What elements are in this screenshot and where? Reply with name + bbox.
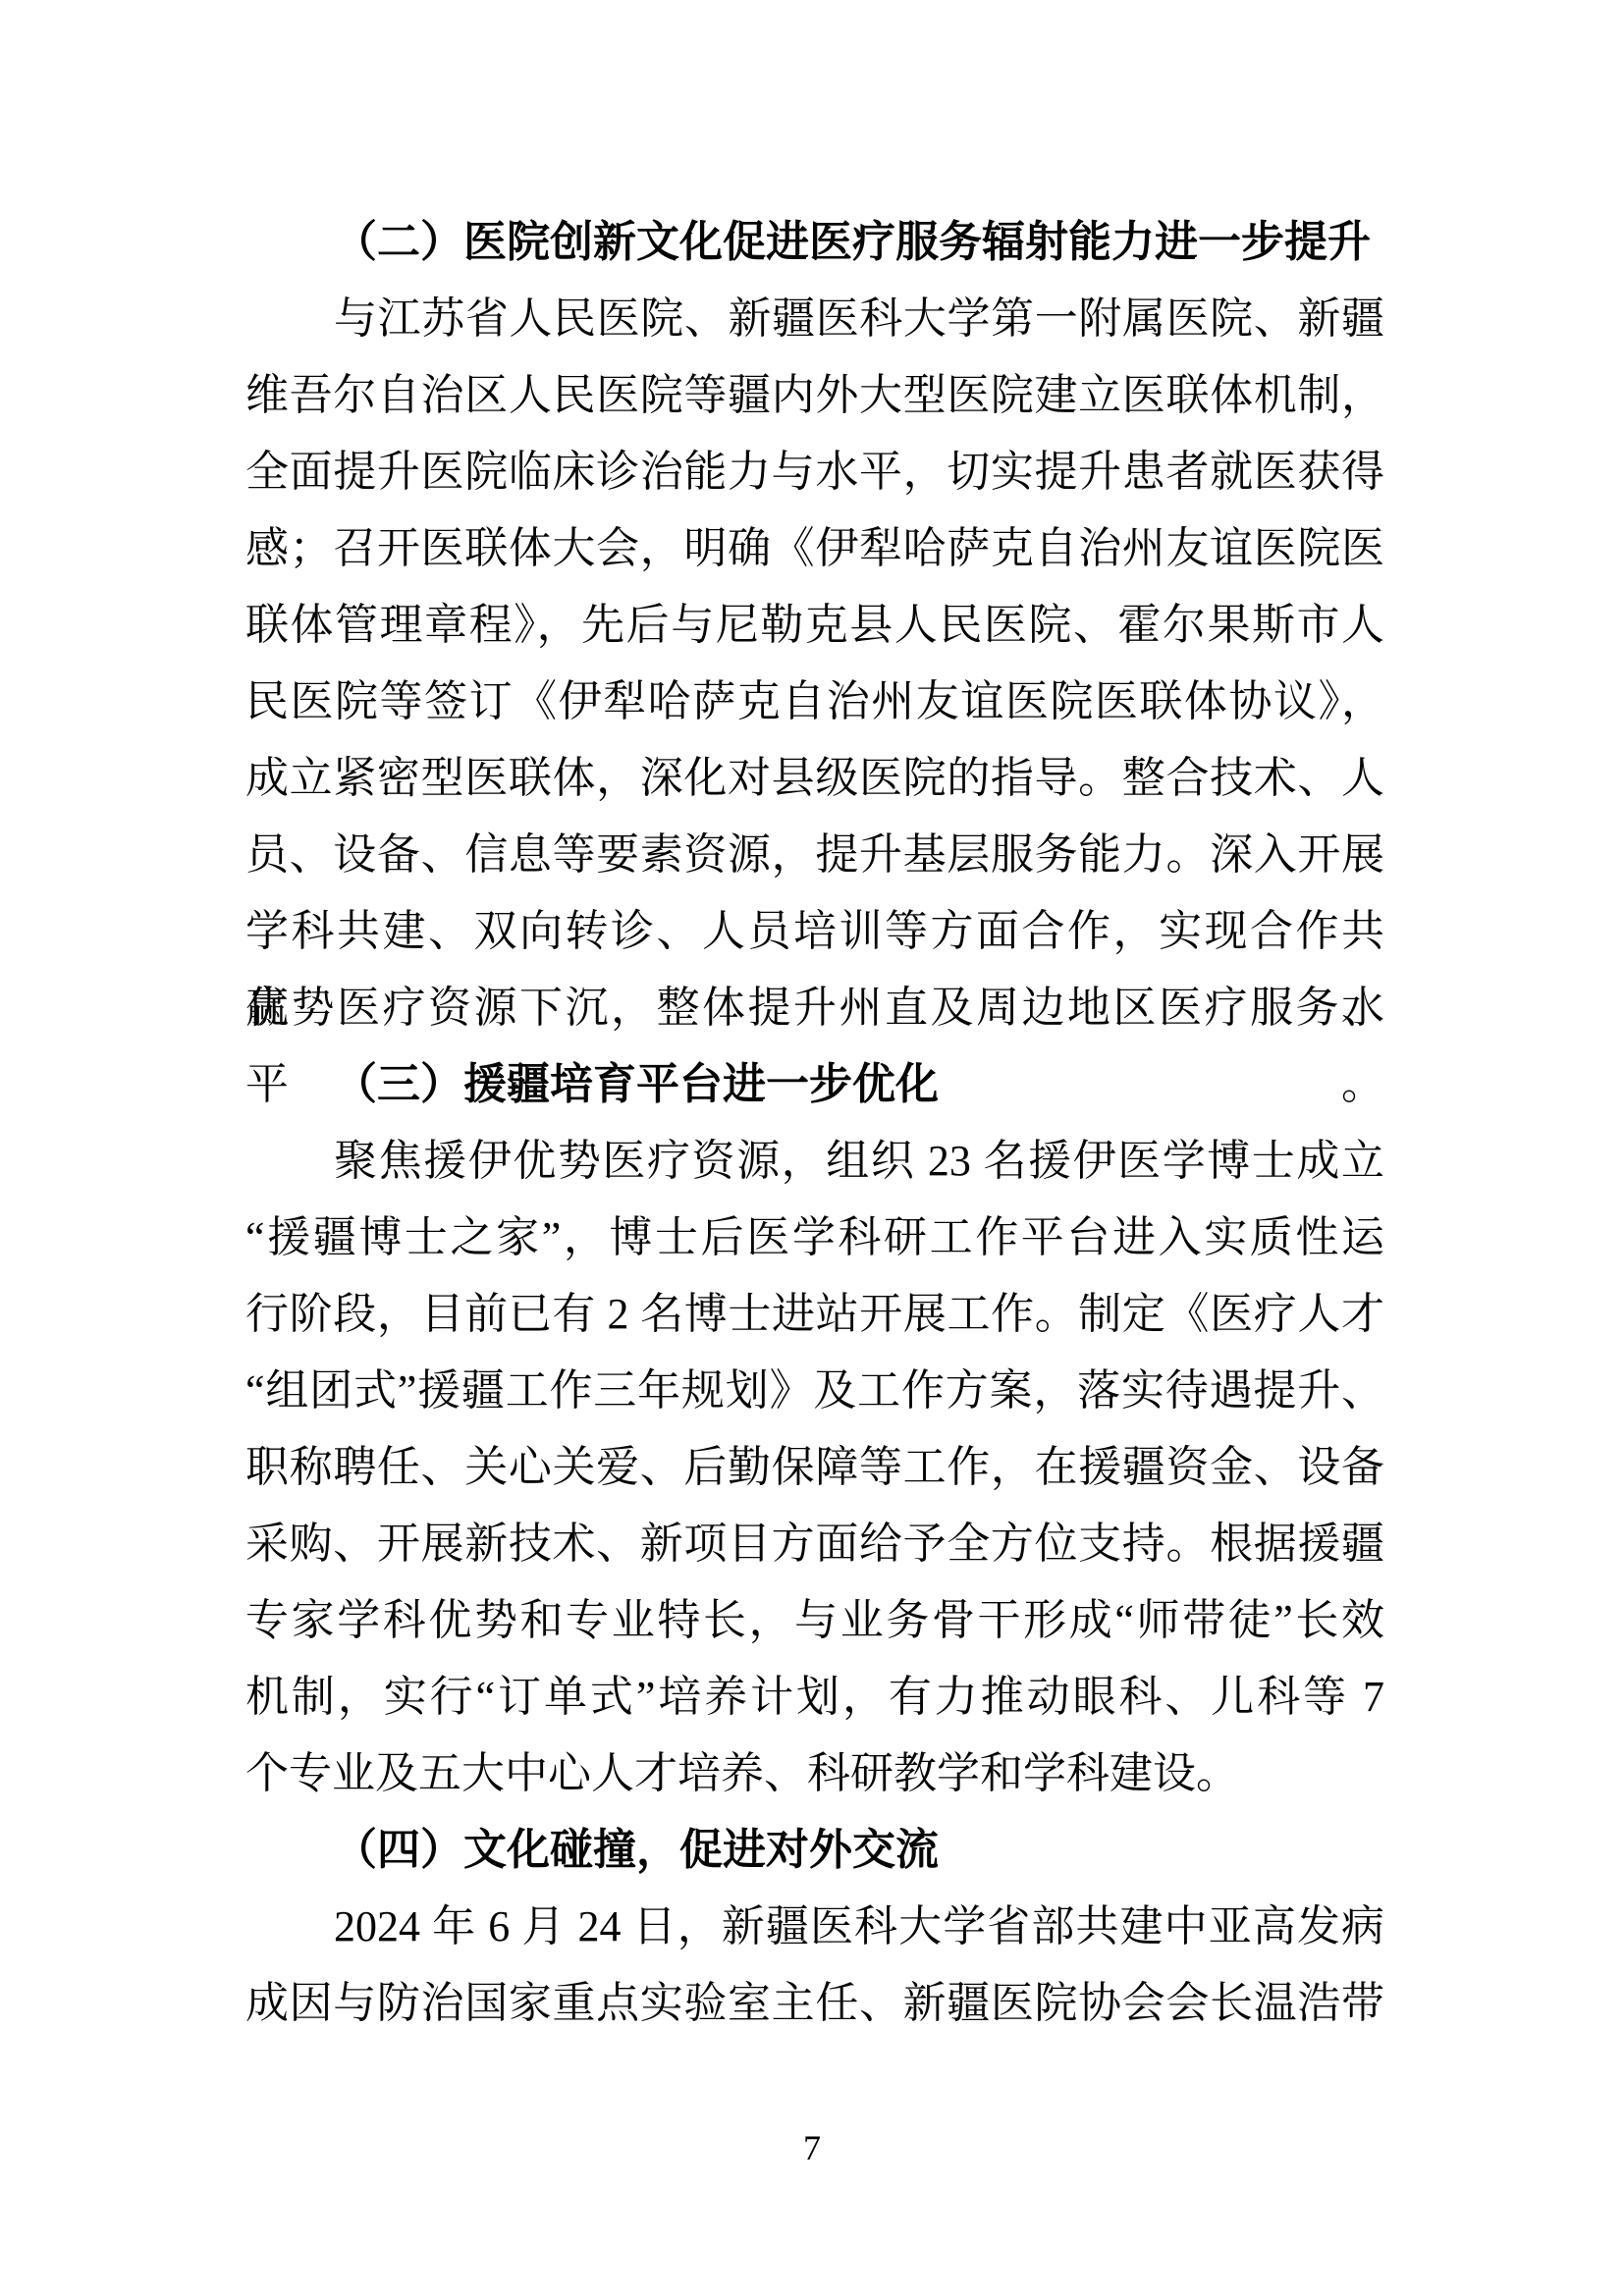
text-line: 行阶段，目前已有 2 名博士进站开展工作。制定《医疗人才	[245, 1276, 1384, 1353]
text-line: 成立紧密型医联体，深化对县级医院的指导。整合技术、人	[245, 740, 1384, 817]
text-line: 学科共建、双向转诊、人员培训等方面合作，实现合作共赢、	[245, 893, 1384, 970]
text-line: 优势医疗资源下沉，整体提升州直及周边地区医疗服务水平。	[245, 970, 1384, 1046]
text-line: 成因与防治国家重点实验室主任、新疆医院协会会长温浩带	[245, 1965, 1384, 2042]
text-line: 民医院等签订《伊犁哈萨克自治州友谊医院医联体协议》，	[245, 664, 1384, 740]
text-line: 机制，实行“订单式”培养计划，有力推动眼科、儿科等 7	[245, 1659, 1384, 1735]
text-line: 全面提升医院临床诊治能力与水平，切实提升患者就医获得	[245, 434, 1384, 510]
text-line: 感；召开医联体大会，明确《伊犁哈萨克自治州友谊医院医	[245, 510, 1384, 587]
page-number: 7	[0, 2124, 1624, 2171]
document-body: （二）医院创新文化促进医疗服务辐射能力进一步提升与江苏省人民医院、新疆医科大学第…	[245, 204, 1384, 2042]
text-line: 个专业及五大中心人才培养、科研教学和学科建设。	[245, 1735, 1384, 1812]
text-line: 维吾尔自治区人民医院等疆内外大型医院建立医联体机制，	[245, 357, 1384, 434]
text-line: 与江苏省人民医院、新疆医科大学第一附属医院、新疆	[245, 281, 1384, 357]
text-line: 职称聘任、关心关爱、后勤保障等工作，在援疆资金、设备	[245, 1429, 1384, 1506]
text-line: 员、设备、信息等要素资源，提升基层服务能力。深入开展	[245, 817, 1384, 893]
text-line: 2024 年 6 月 24 日，新疆医科大学省部共建中亚高发病	[245, 1889, 1384, 1965]
section-heading: （二）医院创新文化促进医疗服务辐射能力进一步提升	[245, 204, 1384, 281]
text-line: 联体管理章程》，先后与尼勒克县人民医院、霍尔果斯市人	[245, 587, 1384, 664]
section-heading: （四）文化碰撞，促进对外交流	[245, 1812, 1384, 1889]
text-line: “组团式”援疆工作三年规划》及工作方案，落实待遇提升、	[245, 1353, 1384, 1429]
text-line: 聚焦援伊优势医疗资源，组织 23 名援伊医学博士成立	[245, 1123, 1384, 1200]
text-line: 专家学科优势和专业特长，与业务骨干形成“师带徒”长效	[245, 1582, 1384, 1659]
text-line: “援疆博士之家”，博士后医学科研工作平台进入实质性运	[245, 1200, 1384, 1276]
document-page: { "page": { "number": "7", "background_c…	[0, 0, 1624, 2296]
text-line: 采购、开展新技术、新项目方面给予全方位支持。根据援疆	[245, 1506, 1384, 1582]
